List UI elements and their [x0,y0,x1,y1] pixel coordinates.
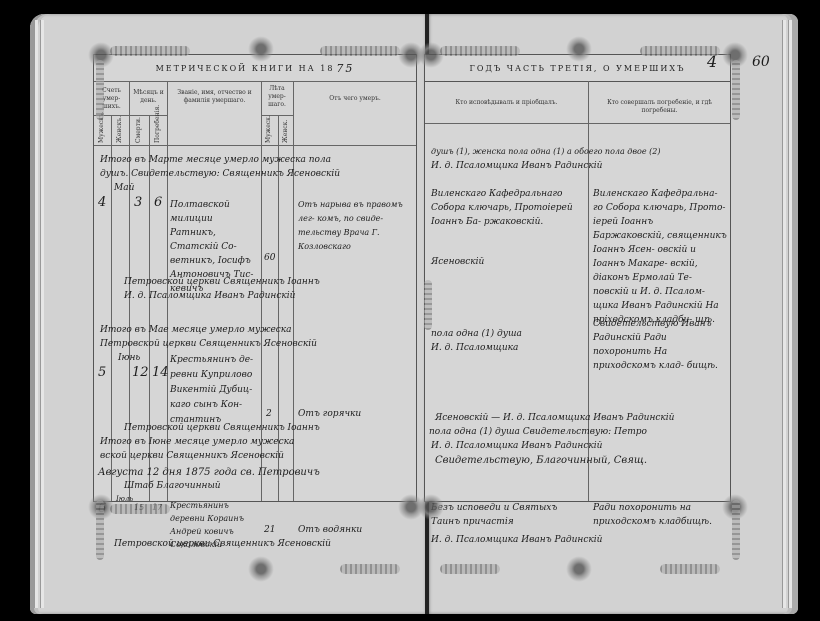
top-ornament [566,36,592,62]
col-line [588,81,589,501]
header-cause: Отъ чего умеръ. [294,95,416,103]
header-male: Мужескъ. [98,119,105,143]
border-ornament [96,60,104,120]
header-divider [425,123,730,124]
border-ornament [96,500,104,560]
bottom-ornament [248,556,274,582]
entry-line: Итого въ Марте месяце умерло мужеска пол… [100,155,331,165]
page-edge [788,20,792,608]
page-edge [40,20,44,608]
entry-line: Петровской церкви Священникъ Іоаннъ [124,277,320,287]
entry-line: И. д. Псаломщика Иванъ Радинскій [431,535,602,545]
entry-death-day: 12 [132,365,149,380]
left-title-text: МЕТРИЧЕСКОЙ КНИГИ НА 18 [156,64,335,73]
entry-line: И. д. Псаломщика Иванъ Радинскій [431,161,602,171]
border-ornament [640,46,720,56]
page-edge [34,20,38,608]
header-age: Лѣта умер- шаго. [261,85,293,109]
entry-month: Іюнь [118,353,140,363]
year-handwritten: 75 [336,62,354,75]
border-ornament [732,60,740,120]
right-register-table: ГОДЪ ЧАСТЬ ТРЕТІЯ, О УМЕРШИХЪ Кто исповѣ… [424,54,731,502]
entry-confessor: Безъ исповеди и Святыхъ Таинъ причастія [431,501,586,529]
header-age-female: Женск. [282,119,289,143]
header-confessor: Кто исповѣдывалъ и пріобщалъ. [425,99,588,107]
header-name: Званіе, имя, отчество и фамилія умершаго… [168,89,261,105]
entry-confessor: Виленскаго Кафедральнаго Собора ключарь,… [431,187,586,229]
header-death: Смерти. [135,119,142,143]
entry-line: Ясеновскій — И. д. Псаломщика Иванъ Ради… [435,413,674,423]
left-register-table: МЕТРИЧЕСКОЙ КНИГИ НА 18 75 Счеть умер- ш… [93,54,417,502]
corner-ornament [418,42,444,68]
entry-month: Іюль [116,495,133,503]
entry-line: душъ (1), женска пола одна (1) а обоего … [431,147,660,156]
signature-date: Августа 12 дня 1875 года св. Петровичъ [98,467,320,478]
entry-line: Петровской церкви Священникъ Іоаннъ [124,423,320,433]
border-ornament [440,46,520,56]
entry-line: пола одна (1) душа [431,329,522,339]
entry-line: Итого въ Іюне месяце умерло мужеска [100,437,294,447]
entry-burial-day: 14 [152,365,169,380]
header-age-male: Мужеск. [265,119,272,143]
corner-ornament [418,494,444,520]
entry-burier: Ради похоронить на приходскомъ кладбищѣ. [593,501,727,529]
entry-name: Крестьянинъ де- ревни Куприлово Викентій… [170,353,260,428]
entry-cause: Отъ горячки [298,409,361,419]
bottom-ornament [566,556,592,582]
entry-age: 2 [266,409,272,419]
header-divider [94,145,416,146]
folio-number: 60 [752,54,770,70]
border-ornament [424,280,432,330]
header-female: Женскъ. [116,119,123,143]
entry-line: пола одна (1) душа Свидетельствую: Петро [429,427,647,437]
border-ornament [440,564,500,574]
border-ornament [110,46,190,56]
border-ornament [340,564,400,574]
entry-line: Петровской церкви Священникъ Ясеновскій [114,539,331,549]
entry-count: 5 [98,365,106,380]
entry-death-day: 3 [134,195,142,210]
entry-line: И. д. Псаломщика Иванъ Радинскій [431,441,602,451]
entry-burier: Свидетельствую Иванъ Радинскій Ради похо… [593,317,727,373]
entry-cause: Отъ водянки [298,525,362,535]
entry-line: Петровской церкви Священникъ Ясеновскій [100,339,317,349]
header-burier: Кто совершалъ погребеніе, и гдѣ погребен… [589,99,730,115]
entry-burial-day: 6 [154,195,162,210]
border-ornament [110,504,170,514]
signature-line: Свидетельствую, Благочинный, Свящ. [435,455,647,466]
entry-line: Итого въ Мае месяце умерло мужеска [100,325,292,335]
entry-age: 21 [264,525,275,535]
header-burial: Погребенія. [154,119,161,143]
entry-burier: Виленскаго Кафедральна- го Собора ключар… [593,187,727,327]
entry-line: душъ. Свидетельствую: Священникъ Ясеновс… [100,169,340,179]
entry-month: Май [114,183,134,193]
border-ornament [320,46,400,56]
entry-line: И. д. Псаломщика [431,343,518,353]
entry-cause: Отъ нарыва въ правомъ лег- комъ, по свид… [298,198,408,254]
entry-count: 4 [98,195,106,210]
entry-line: И. д. Псаломщика Иванъ Радинскій [124,291,295,301]
entry-age: 60 [264,253,275,263]
header-month-day: Мѣсяцъ и день. [130,89,167,105]
title-divider [94,81,416,82]
border-ornament [732,500,740,560]
entry-line: вской церкви Священникъ Ясеновскій [100,451,284,461]
page-edge [782,20,786,608]
border-ornament [660,564,720,574]
top-ornament [248,36,274,62]
entry-line: Штаб Благочинный [124,481,221,491]
entry-confessor: Ясеновскій [431,257,484,267]
